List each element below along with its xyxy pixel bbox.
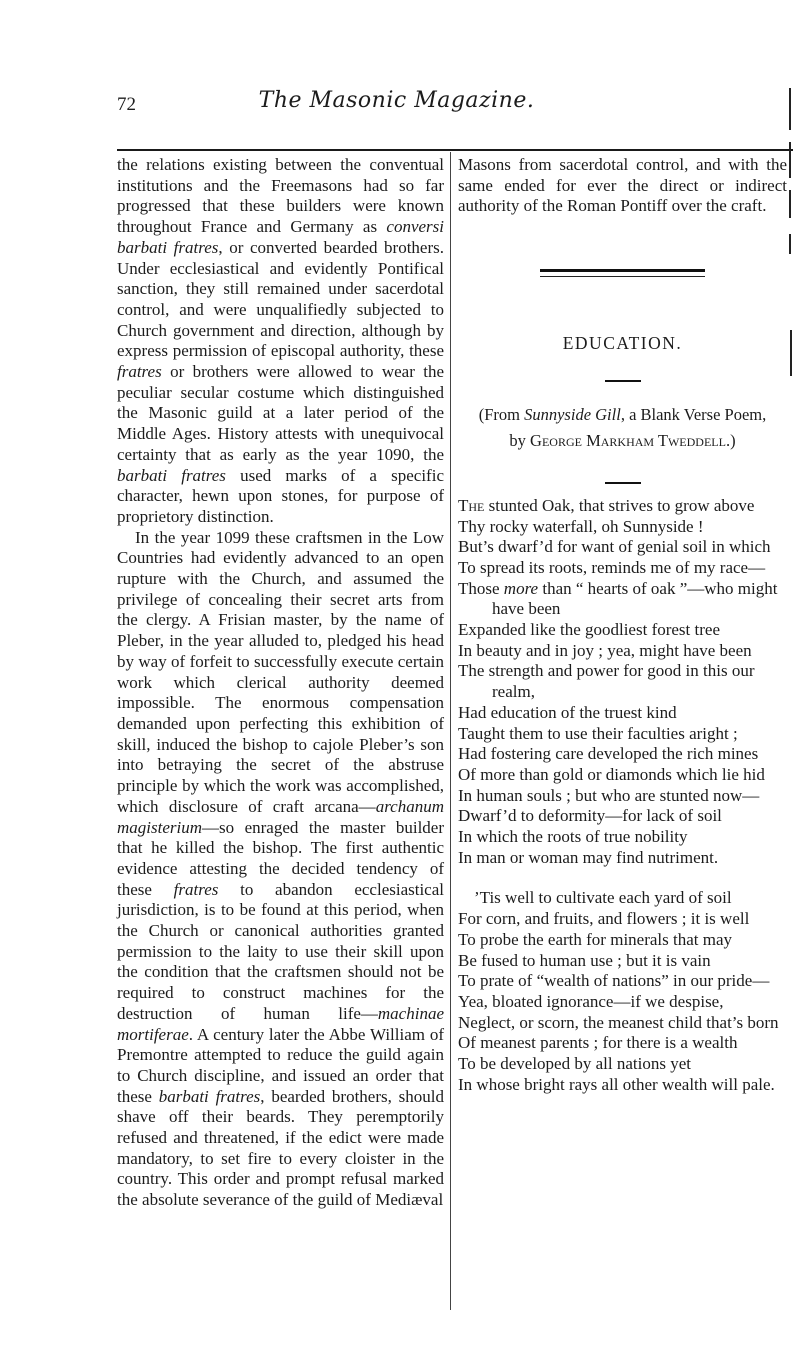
poem-line: In man or woman may find nutriment. xyxy=(458,848,787,869)
poem-line: Be fused to human use ; but it is vain xyxy=(458,951,787,972)
poem-line: To spread its roots, reminds me of my ra… xyxy=(458,558,787,579)
poem-line: Yea, bloated ignorance—if we despise, xyxy=(458,992,787,1013)
magazine-page: 72 The Masonic Magazine. the relations e… xyxy=(0,0,793,1368)
poem-line: Neglect, or scorn, the meanest child tha… xyxy=(458,1013,787,1034)
poem-line: In human souls ; but who are stunted now… xyxy=(458,786,787,807)
poem-line: Dwarf’d to deformity—for lack of soil xyxy=(458,806,787,827)
page-title: The Masonic Magazine. xyxy=(0,88,793,113)
heading-rule xyxy=(605,380,641,382)
poem-line: The strength and power for good in this … xyxy=(458,661,787,702)
poem-line: ’Tis well to cultivate each yard of soil xyxy=(458,888,787,909)
poem-line: But’s dwarf’d for want of genial soil in… xyxy=(458,537,787,558)
poem-line: To be developed by all nations yet xyxy=(458,1054,787,1075)
column-divider xyxy=(450,152,451,1310)
poem-line: In whose bright rays all other wealth wi… xyxy=(458,1075,787,1096)
scan-artifact-mark xyxy=(789,88,791,130)
poem-line: Those more than “ hearts of oak ”—who mi… xyxy=(458,579,787,620)
poem-line: To probe the earth for minerals that may xyxy=(458,930,787,951)
poem-line: Thy rocky waterfall, oh Sunnyside ! xyxy=(458,517,787,538)
continuation-paragraph: Masons from sacerdotal control, and with… xyxy=(458,155,787,217)
right-column: Masons from sacerdotal control, and with… xyxy=(458,155,787,1096)
header-rule xyxy=(117,149,793,151)
poem-line: For corn, and fruits, and flowers ; it i… xyxy=(458,909,787,930)
article-heading: EDUCATION. xyxy=(458,333,787,354)
poem-line: Had education of the truest kind xyxy=(458,703,787,724)
poem-line: The stunted Oak, that strives to grow ab… xyxy=(458,496,787,517)
scan-artifact-mark xyxy=(789,142,791,178)
attribution-line-1: (From Sunnyside Gill, a Blank Verse Poem… xyxy=(458,402,787,428)
poem-line: Of more than gold or diamonds which lie … xyxy=(458,765,787,786)
poem-line: Taught them to use their faculties arigh… xyxy=(458,724,787,745)
poem-line: To prate of “wealth of nations” in our p… xyxy=(458,971,787,992)
section-divider-double-rule xyxy=(540,269,705,277)
scan-artifact-mark xyxy=(789,234,791,254)
scan-artifact-mark xyxy=(790,330,792,376)
poem-line: Had fostering care developed the rich mi… xyxy=(458,744,787,765)
left-column: the relations existing between the conve… xyxy=(117,155,444,1211)
poem-stanza: ’Tis well to cultivate each yard of soil… xyxy=(458,888,787,1095)
attribution-rule xyxy=(605,482,641,484)
poem-line: In beauty and in joy ; yea, might have b… xyxy=(458,641,787,662)
scan-artifact-mark xyxy=(789,190,791,218)
poem-line: Of meanest parents ; for there is a weal… xyxy=(458,1033,787,1054)
poem-line: In which the roots of true nobility xyxy=(458,827,787,848)
poem: The stunted Oak, that strives to grow ab… xyxy=(458,496,787,1096)
paragraph: the relations existing between the conve… xyxy=(117,155,444,528)
poem-line: Expanded like the goodliest forest tree xyxy=(458,620,787,641)
attribution-line-2: by George Markham Tweddell.) xyxy=(458,428,787,454)
paragraph: In the year 1099 these craftsmen in the … xyxy=(117,528,444,1211)
poem-stanza: The stunted Oak, that strives to grow ab… xyxy=(458,496,787,869)
